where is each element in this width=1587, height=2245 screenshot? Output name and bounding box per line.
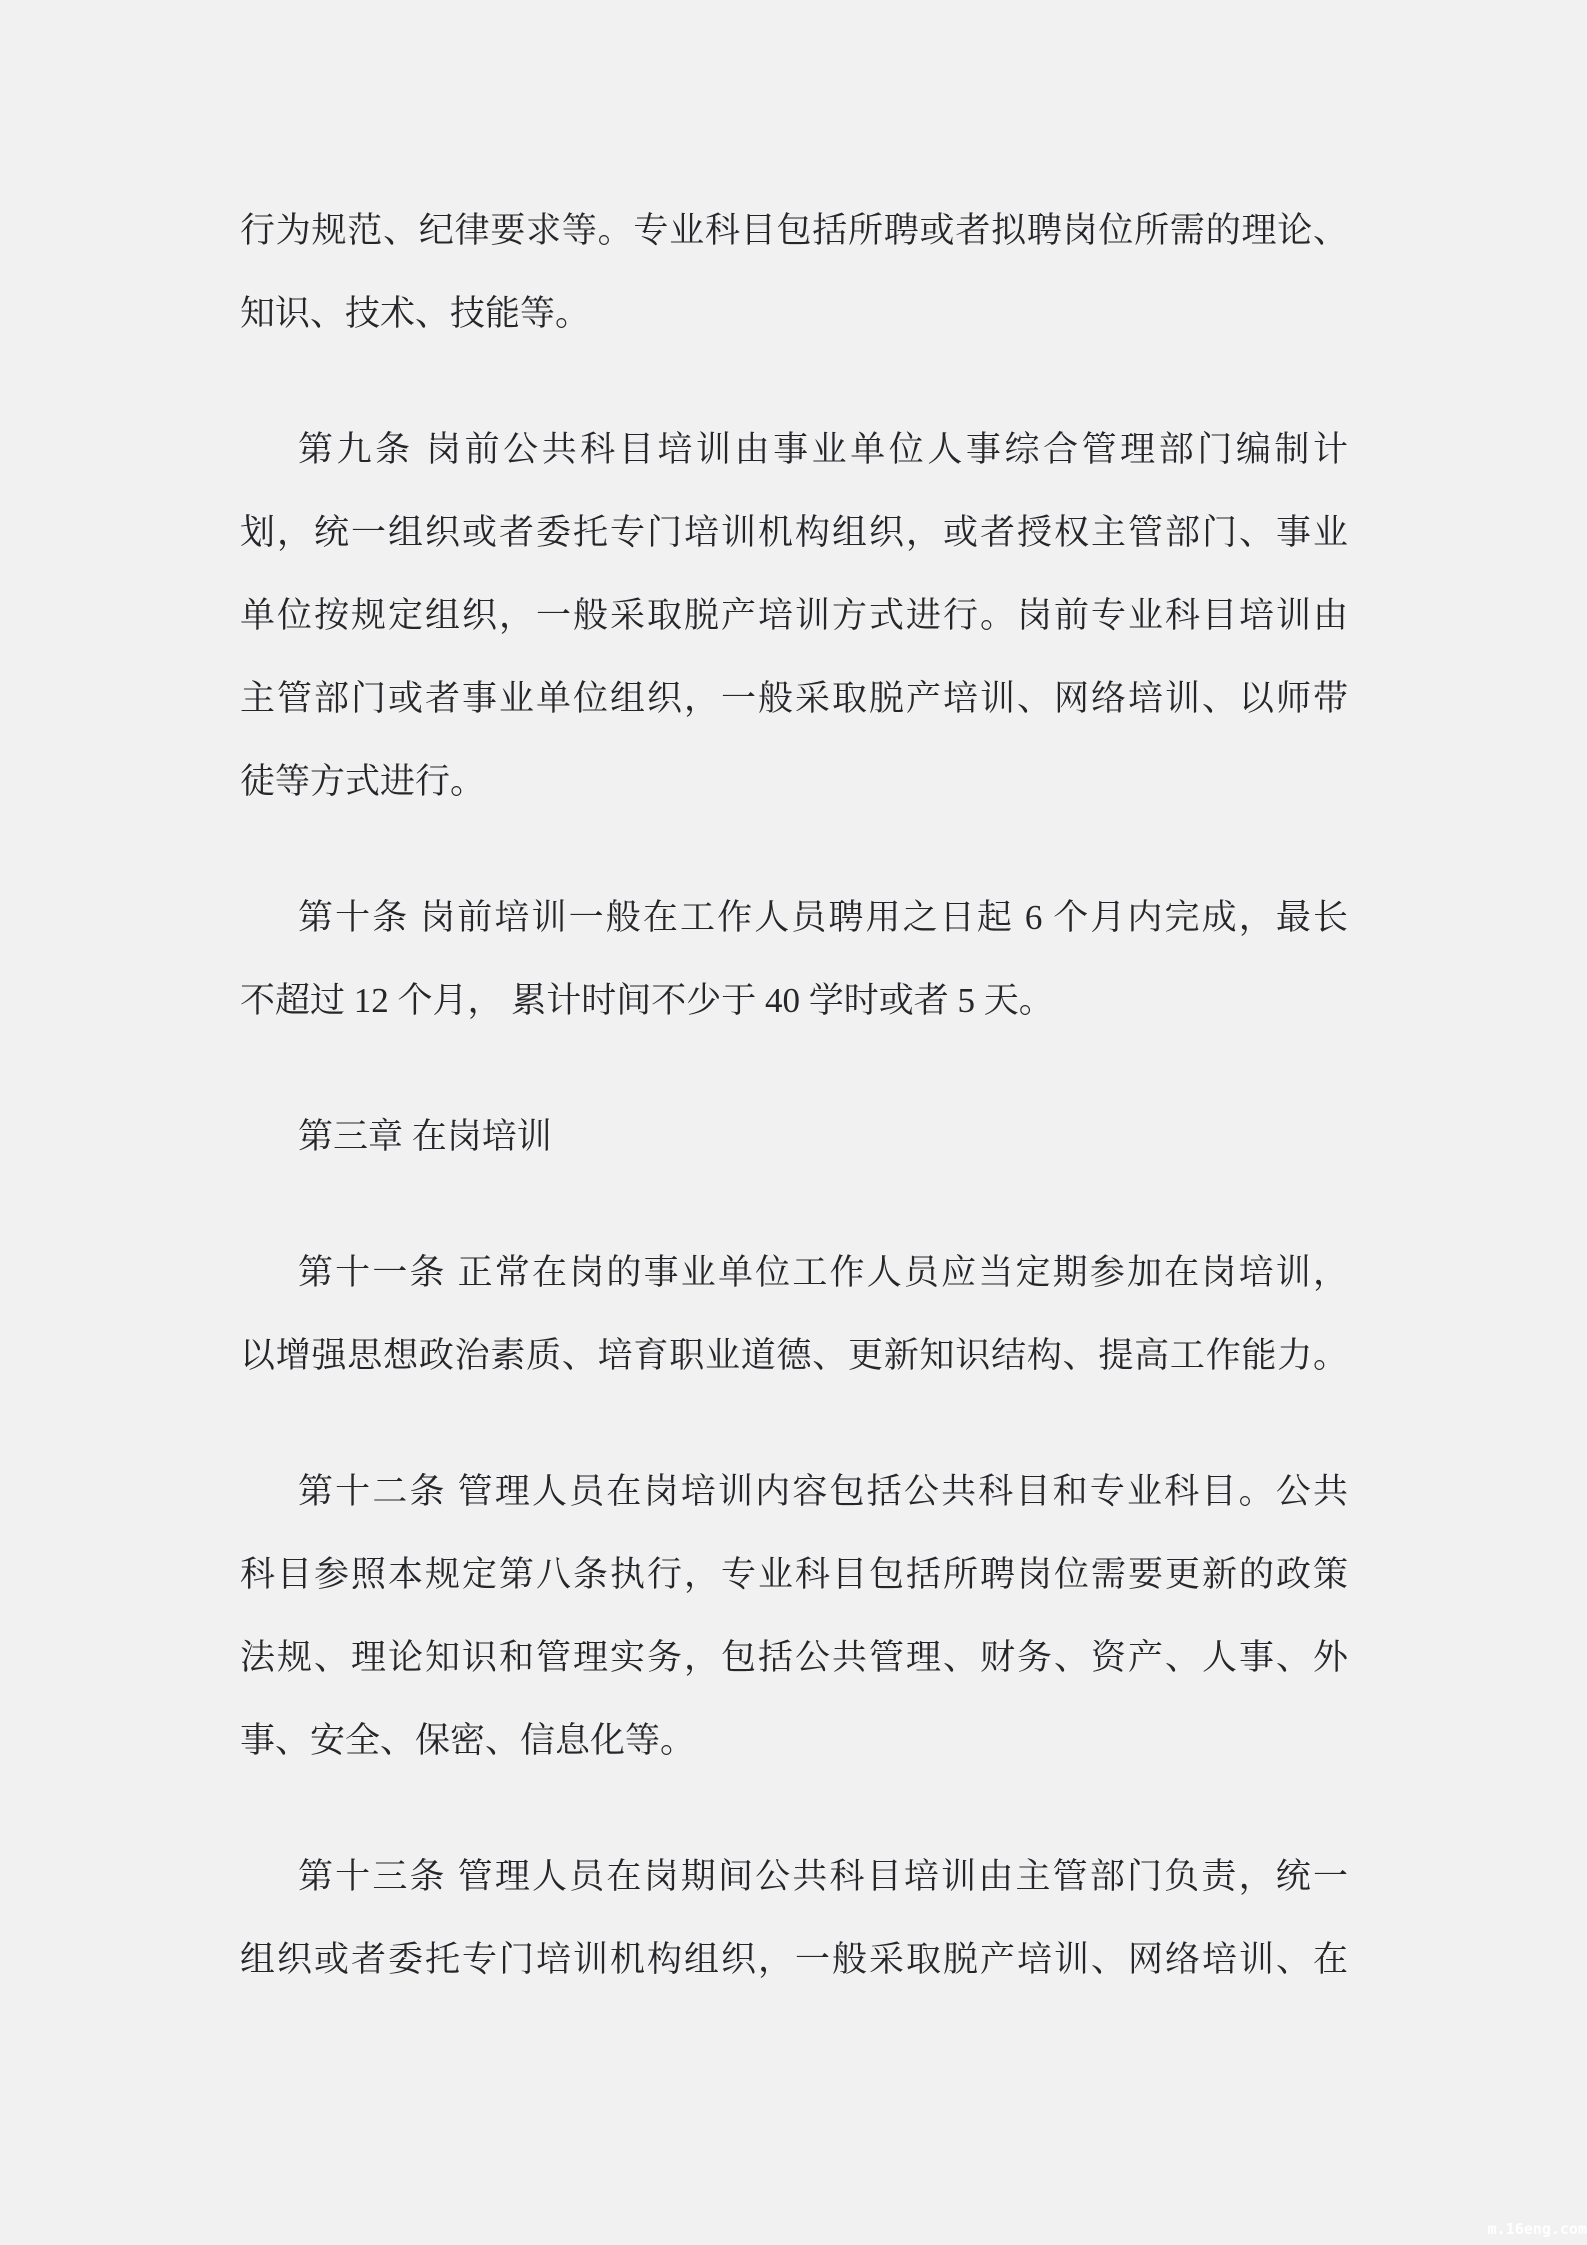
text-line: 知识、技术、技能等。 bbox=[240, 272, 1348, 355]
text-line: 划，统一组织或者委托专门培训机构组织，或者授权主管部门、事业 bbox=[240, 491, 1348, 574]
text-line: 第十一条 正常在岗的事业单位工作人员应当定期参加在岗培训， bbox=[240, 1231, 1348, 1314]
text-line: 单位按规定组织，一般采取脱产培训方式进行。岗前专业科目培训由 bbox=[240, 574, 1348, 657]
text-line: 以增强思想政治素质、培育职业道德、更新知识结构、提高工作能力。 bbox=[240, 1314, 1348, 1397]
text-line: 组织或者委托专门培训机构组织，一般采取脱产培训、网络培训、在 bbox=[240, 1918, 1348, 2001]
text-line: 第十二条 管理人员在岗培训内容包括公共科目和专业科目。公共 bbox=[240, 1450, 1348, 1533]
paragraph: 第十二条 管理人员在岗培训内容包括公共科目和专业科目。公共科目参照本规定第八条执… bbox=[240, 1450, 1348, 1782]
text-line: 徒等方式进行。 bbox=[240, 740, 1348, 823]
text-line: 行为规范、纪律要求等。专业科目包括所聘或者拟聘岗位所需的理论、 bbox=[240, 189, 1348, 272]
paragraph: 行为规范、纪律要求等。专业科目包括所聘或者拟聘岗位所需的理论、知识、技术、技能等… bbox=[240, 189, 1348, 355]
paragraph: 第九条 岗前公共科目培训由事业单位人事综合管理部门编制计划，统一组织或者委托专门… bbox=[240, 408, 1348, 823]
text-line: 第九条 岗前公共科目培训由事业单位人事综合管理部门编制计 bbox=[240, 408, 1348, 491]
text-line: 第十三条 管理人员在岗期间公共科目培训由主管部门负责，统一 bbox=[240, 1835, 1348, 1918]
paragraph: 第三章 在岗培训 bbox=[240, 1095, 1348, 1178]
paragraph: 第十条 岗前培训一般在工作人员聘用之日起 6 个月内完成，最长不超过 12 个月… bbox=[240, 876, 1348, 1042]
watermark: m.16eng.com bbox=[1488, 2220, 1587, 2238]
paragraph: 第十一条 正常在岗的事业单位工作人员应当定期参加在岗培训，以增强思想政治素质、培… bbox=[240, 1231, 1348, 1397]
text-line: 事、安全、保密、信息化等。 bbox=[240, 1699, 1348, 1782]
text-line: 法规、理论知识和管理实务，包括公共管理、财务、资产、人事、外 bbox=[240, 1616, 1348, 1699]
text-line: 第十条 岗前培训一般在工作人员聘用之日起 6 个月内完成，最长 bbox=[240, 876, 1348, 959]
text-line: 主管部门或者事业单位组织，一般采取脱产培训、网络培训、以师带 bbox=[240, 657, 1348, 740]
text-line: 第三章 在岗培训 bbox=[240, 1095, 1348, 1178]
document-page: 行为规范、纪律要求等。专业科目包括所聘或者拟聘岗位所需的理论、知识、技术、技能等… bbox=[0, 0, 1587, 2245]
text-line: 科目参照本规定第八条执行，专业科目包括所聘岗位需要更新的政策 bbox=[240, 1533, 1348, 1616]
document-body: 行为规范、纪律要求等。专业科目包括所聘或者拟聘岗位所需的理论、知识、技术、技能等… bbox=[240, 189, 1348, 2001]
paragraph: 第十三条 管理人员在岗期间公共科目培训由主管部门负责，统一组织或者委托专门培训机… bbox=[240, 1835, 1348, 2001]
text-line: 不超过 12 个月， 累计时间不少于 40 学时或者 5 天。 bbox=[240, 959, 1348, 1042]
